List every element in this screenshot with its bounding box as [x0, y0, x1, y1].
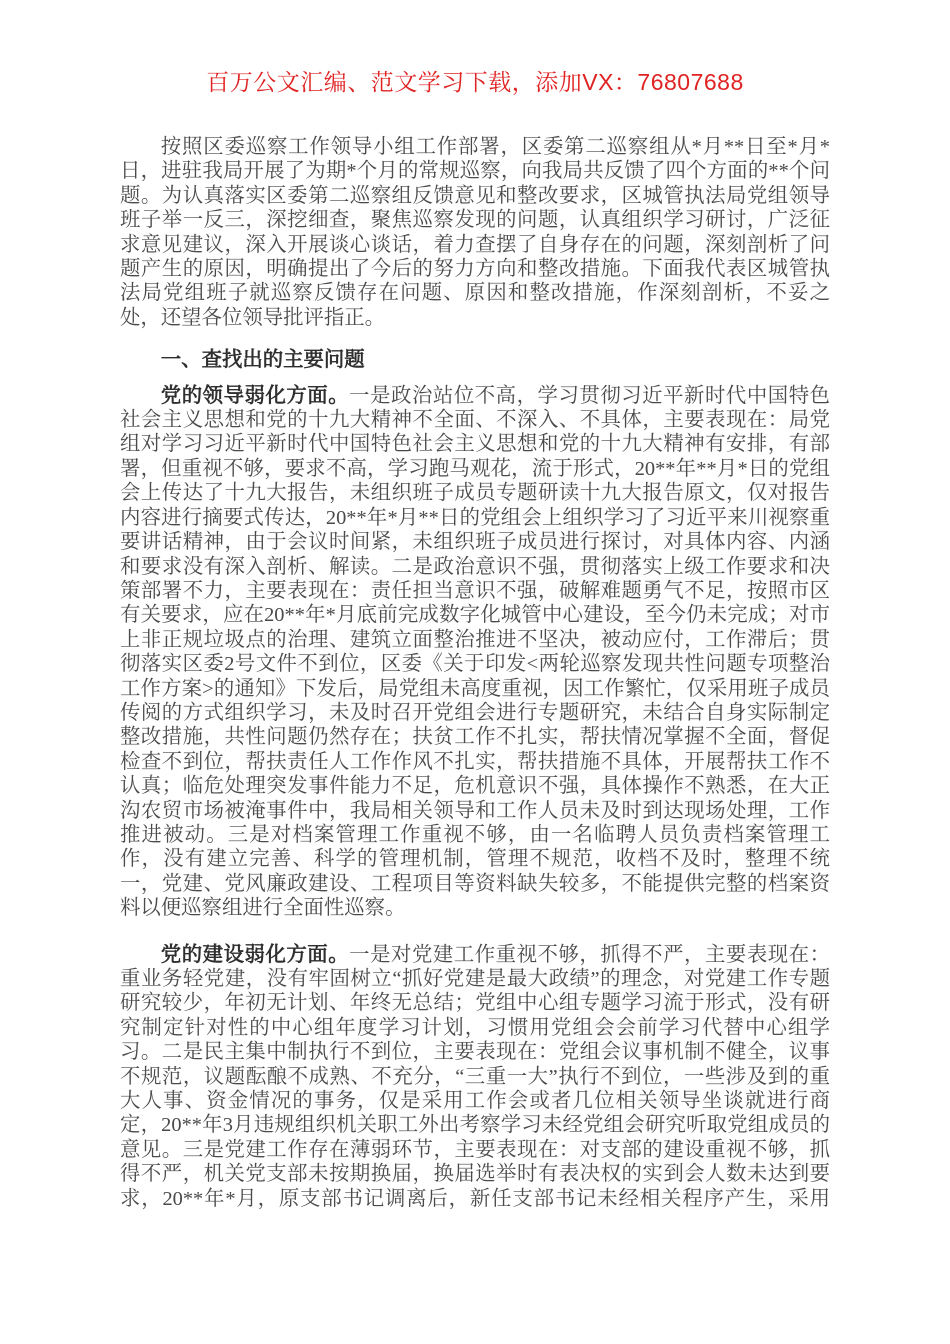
paragraph-party-leadership: 党的领导弱化方面。一是政治站位不高，学习贯彻习近平新时代中国特色社会主义思想和党… — [120, 384, 830, 921]
paragraph-lead-party-leadership: 党的领导弱化方面。 — [161, 385, 349, 407]
paragraph-text-party-building: 一是对党建工作重视不够，抓得不严，主要表现在：重业务轻党建，没有牢固树立“抓好党… — [120, 944, 830, 1210]
paragraph-party-building: 党的建设弱化方面。一是对党建工作重视不够，抓得不严，主要表现在：重业务轻党建，没… — [120, 943, 830, 1211]
document-body: 按照区委巡察工作领导小组工作部署，区委第二巡察组从*月**日至*月*日，进驻我局… — [120, 135, 830, 1211]
paragraph-text-party-leadership: 一是政治站位不高，学习贯彻习近平新时代中国特色社会主义思想和党的十九大精神不全面… — [120, 385, 830, 920]
paragraph-intro: 按照区委巡察工作领导小组工作部署，区委第二巡察组从*月**日至*月*日，进驻我局… — [120, 135, 830, 330]
section-heading-main-problems: 一、查找出的主要问题 — [120, 348, 830, 372]
document-page: 百万公文汇编、范文学习下载，添加VX：76807688 按照区委巡察工作领导小组… — [0, 0, 950, 1344]
paragraph-lead-party-building: 党的建设弱化方面。 — [161, 944, 349, 966]
promo-header-text: 百万公文汇编、范文学习下载，添加VX：76807688 — [0, 64, 950, 97]
